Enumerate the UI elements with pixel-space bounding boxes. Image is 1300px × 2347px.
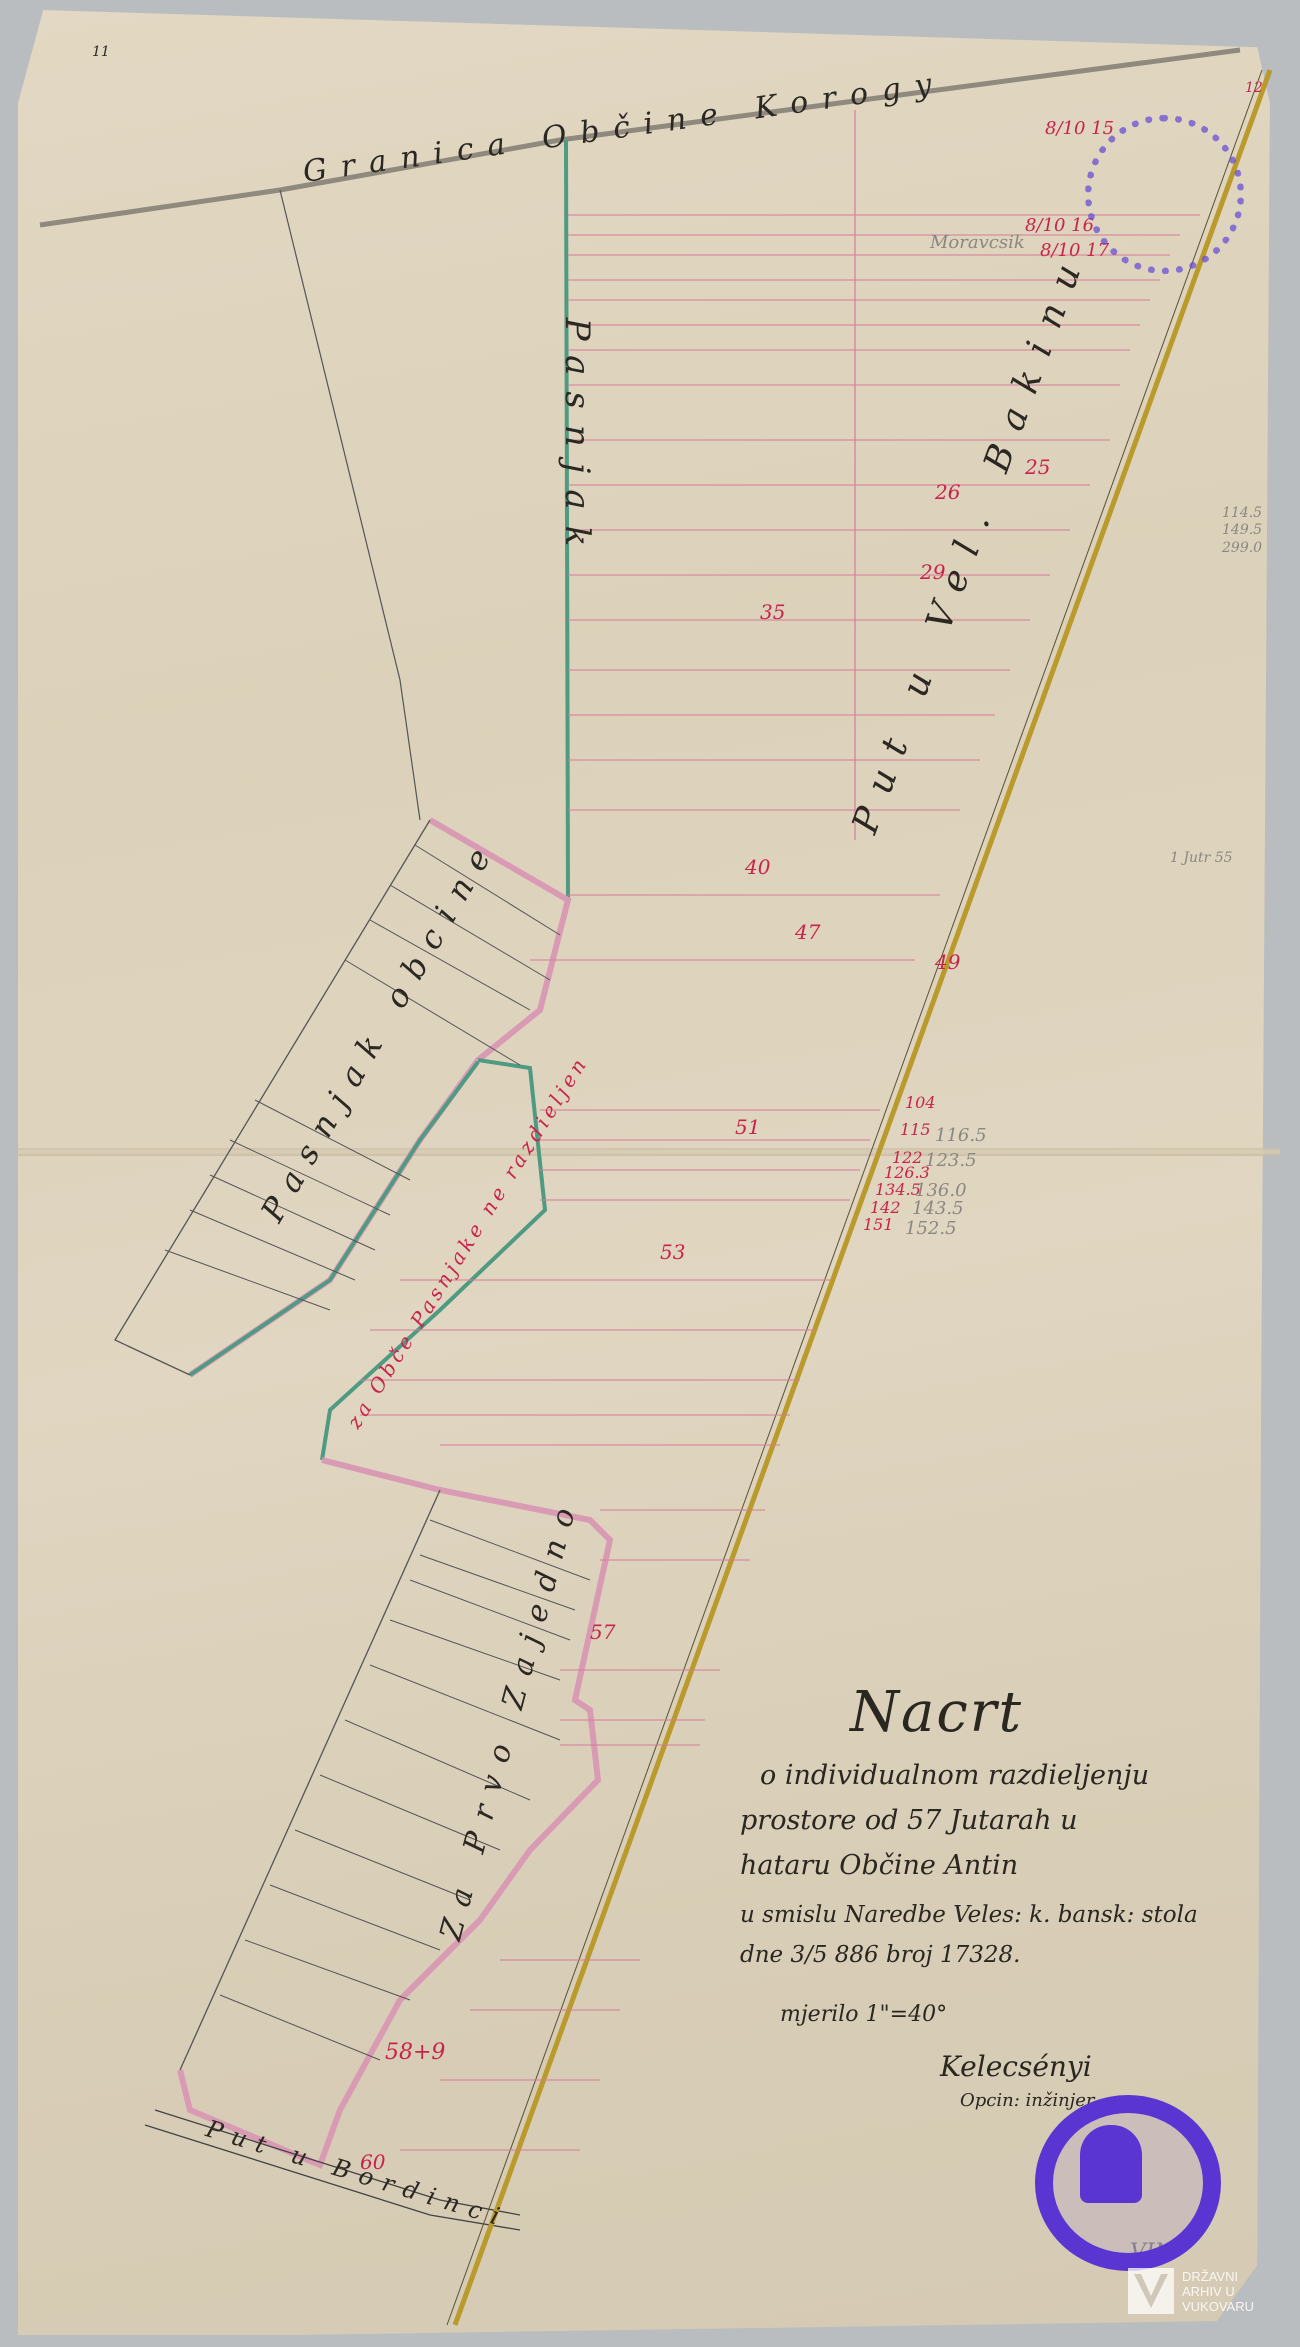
parcel-number: 29 <box>920 560 945 584</box>
parcel-number: 8/10 15 <box>1045 118 1114 139</box>
measurement-pencil: 143.5 <box>912 1198 964 1219</box>
pencil-note: Moravcsik <box>930 232 1025 253</box>
parcel-number: 57 <box>590 1620 615 1644</box>
archive-name: DRŽAVNI ARHIV U VUKOVARU <box>1182 2269 1254 2314</box>
measurement-pencil: 123.5 <box>925 1150 977 1171</box>
parcel-number: 60 <box>360 2150 385 2174</box>
parcel-number: 35 <box>760 600 785 624</box>
pencil-note: 1 Jutr 55 <box>1170 850 1233 866</box>
parcel-number: 8/10 16 <box>1025 215 1094 236</box>
pencil-note: 149.5 <box>1222 522 1262 538</box>
pencil-note: 114.5 <box>1222 505 1262 521</box>
signature-sub: Opcin: inžinjer <box>960 2090 1095 2111</box>
road-label-vertical: Pasnjak <box>557 318 597 562</box>
parcel-number: 26 <box>935 480 960 504</box>
archive-line: VUKOVARU <box>1182 2299 1254 2314</box>
measurement: 134.5 <box>875 1180 921 1199</box>
title-line: o individualnom razdieljenju <box>760 1760 1149 1791</box>
archive-line: DRŽAVNI <box>1182 2269 1254 2284</box>
title-line: dne 3/5 886 broj 17328. <box>740 1942 1020 1968</box>
measurement: 151 <box>863 1215 894 1234</box>
measurement-pencil: 116.5 <box>935 1125 987 1146</box>
corner-mark-top-right: 12 <box>1245 80 1263 96</box>
parcel-number: 49 <box>935 950 960 974</box>
corner-mark-top-left: 11 <box>92 44 110 60</box>
archive-line: ARHIV U <box>1182 2284 1254 2299</box>
archive-watermark: DRŽAVNI ARHIV U VUKOVARU <box>1128 2268 1254 2314</box>
title-line: hataru Občine Antin <box>740 1850 1018 1881</box>
measurement: 104 <box>905 1093 936 1112</box>
cadastral-linework <box>0 0 1300 2347</box>
parcel-number: 40 <box>745 855 770 879</box>
parcel-number: 51 <box>735 1115 760 1139</box>
parcel-number: 58+9 <box>385 2040 445 2065</box>
parcel-number: 47 <box>795 920 820 944</box>
parcel-number: 53 <box>660 1240 685 1264</box>
stamp-top <box>1085 115 1244 274</box>
scale-label: mjerilo 1"=40° <box>780 2002 947 2027</box>
document-title: Nacrt <box>850 1680 1023 1745</box>
parcel-number: 8/10 17 <box>1040 240 1109 261</box>
title-line: prostore od 57 Jutarah u <box>740 1805 1077 1836</box>
measurement: 115 <box>900 1120 931 1139</box>
bell-emblem-icon <box>1080 2125 1142 2203</box>
title-line: u smislu Naredbe Veles: k. bansk: stola <box>740 1902 1198 1928</box>
pencil-note: 299.0 <box>1222 540 1262 556</box>
archive-logo-icon <box>1128 2268 1174 2314</box>
signature: Keleсsényi <box>940 2050 1092 2083</box>
parcel-number: 25 <box>1025 455 1050 479</box>
measurement-pencil: 152.5 <box>905 1218 957 1239</box>
